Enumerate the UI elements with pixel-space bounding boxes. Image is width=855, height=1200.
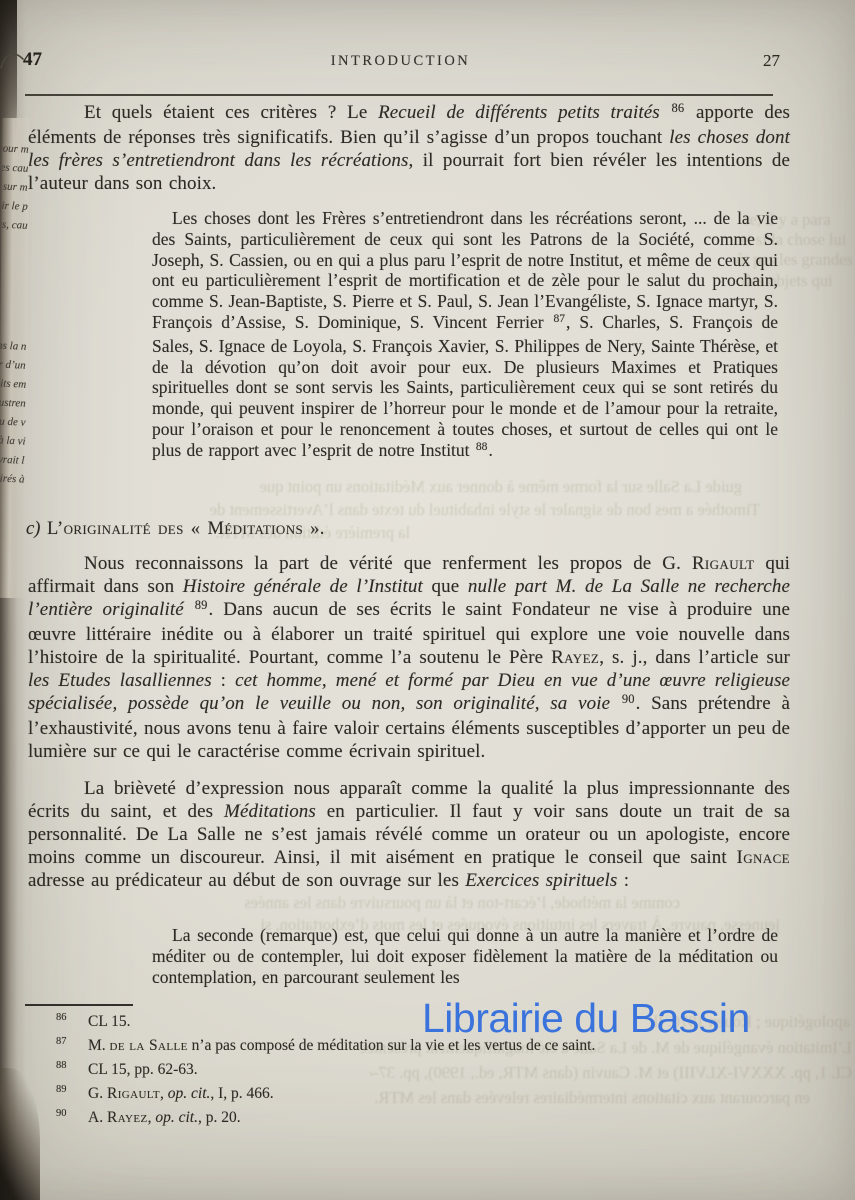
footnote-number: 87	[56, 1032, 67, 1051]
footnote-number: 89	[56, 1080, 67, 1099]
footnote-text: CL 15.	[88, 1013, 130, 1030]
edge-text-fragment: dans la n	[0, 339, 26, 353]
edge-text-fragment: aits em	[0, 377, 26, 390]
running-title: INTRODUCTION	[28, 53, 773, 70]
footnote: 89G. Rigault, op. cit., I, p. 466.	[28, 1084, 796, 1103]
edge-text-fragment: ieu de v	[0, 415, 26, 429]
footnote-number: 86	[56, 1008, 67, 1027]
bleed-through-text: comme la méthode, l’écart-ton et là un p…	[30, 893, 680, 913]
edge-text-fragment: ints, cau	[0, 218, 28, 232]
edge-text-fragment: illustren	[0, 396, 26, 410]
footnote: 88CL 15, pp. 62-63.	[28, 1060, 796, 1079]
paragraph-2: Nous reconnaissons la part de vérité que…	[28, 552, 790, 763]
footnote-text: CL 15, pp. 62-63.	[88, 1061, 198, 1078]
paragraph-1: Et quels étaient ces critères ? Le Recue…	[28, 101, 790, 195]
footnote-number: 90	[56, 1104, 67, 1123]
section-heading: c) L’originalité des « Méditations ».	[26, 519, 325, 540]
footnote: 90A. Rayez, op. cit., p. 20.	[28, 1108, 796, 1127]
bleed-through-text: Timothée a mes bon de signaler le style …	[30, 500, 760, 520]
edge-text-fragment: s sur m	[0, 180, 28, 193]
footnote-text: G. Rigault, op. cit., I, p. 466.	[88, 1085, 274, 1102]
header-rule	[25, 94, 773, 96]
watermark: Librairie du Bassin	[422, 995, 750, 1042]
edge-text-fragment: ales cau	[0, 161, 28, 175]
bleed-through-text: guide La Salle sur la forme même à donne…	[30, 477, 742, 497]
book-page: pour males caus sur mavoir le pints, cau…	[0, 0, 855, 1200]
footnote-number: 88	[56, 1056, 67, 1075]
edge-text-fragment: ouvrait l	[0, 453, 25, 467]
edge-text-fragment: à la vi	[0, 434, 25, 447]
paragraph-3: La brièveté d’expression nous apparaît c…	[28, 777, 790, 892]
block-quote-2: La seconde (remarque) est, que celui qui…	[152, 925, 778, 987]
edge-text-fragment: tirés à	[0, 472, 25, 485]
edge-text-fragment: pour m	[0, 142, 28, 155]
page-number: 27	[700, 51, 780, 71]
edge-text-fragment: avoir le p	[0, 199, 28, 213]
edge-text-fragment: ur d’un	[0, 358, 26, 371]
footnote-text: A. Rayez, op. cit., p. 20.	[88, 1109, 241, 1126]
footnote-separator	[25, 1004, 133, 1006]
block-quote-1: Les choses dont les Frères s’entretiendr…	[152, 208, 778, 464]
